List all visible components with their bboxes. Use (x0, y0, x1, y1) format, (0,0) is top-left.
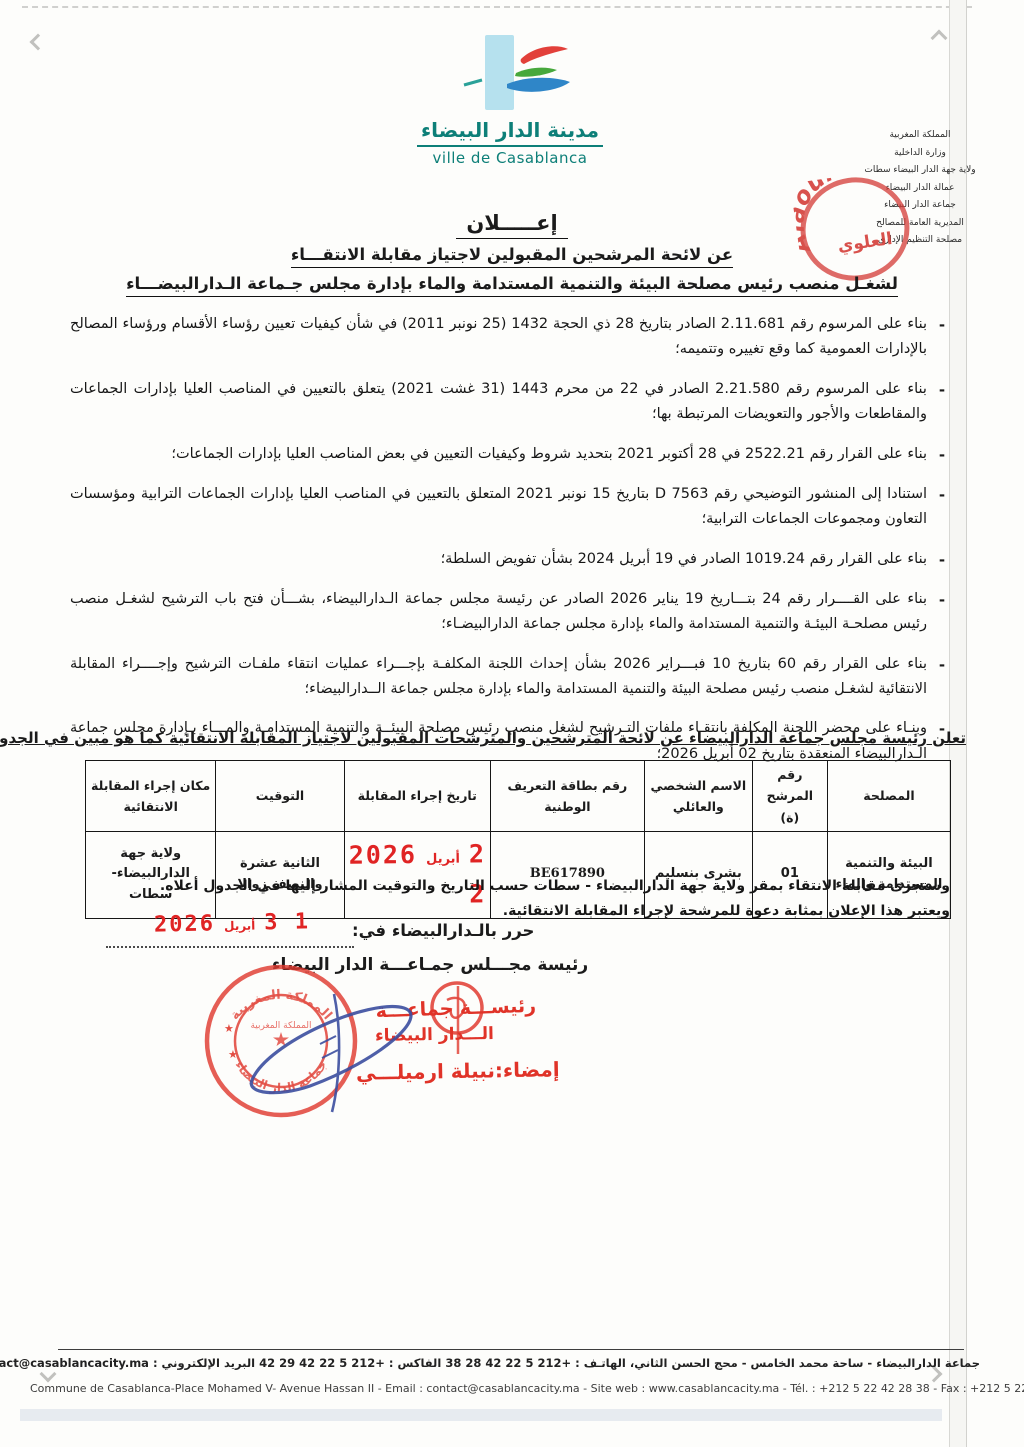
stamp-year: 2026 (154, 911, 215, 937)
col-header-service: المصلحة (827, 761, 950, 832)
list-item: -بناء على المرسوم رقم 2.21.580 الصادر في… (70, 377, 948, 428)
footer-french: Commune de Casablanca-Place Mohamed V- A… (30, 1382, 980, 1395)
scan-top-edge (22, 6, 972, 8)
title-block: إعـــــلان عن لائحة المرشحين المقبولين ل… (0, 211, 1024, 297)
footer-rule (58, 1349, 964, 1350)
corner-mark-top-right (931, 30, 948, 47)
announcement-title: إعـــــلان (456, 211, 567, 239)
list-item: -استنادا إلى المنشور التوضيحي رقم D 7563… (70, 482, 948, 533)
stamp-day: 1 3 (264, 909, 310, 935)
stamp-month: أبريل (426, 849, 460, 870)
announcement-lead-line: تعلن رئيسة مجلس جماعة الدارالبيضاء عن لا… (58, 729, 966, 747)
bullet-text: بناء على القــــرار رقم 24 بتـــاريخ 19 … (70, 587, 927, 638)
col-header-candidate-number: رقم المرشح (ة) (752, 761, 827, 832)
issue-date-line (106, 946, 354, 948)
issue-date-stamp: 1 3 أبريل 2026 (112, 908, 352, 938)
letterhead-line: المملكة المغربية (838, 127, 1002, 145)
seal-side-stars: ★ (224, 1022, 234, 1035)
announcement-subtitle-1: عن لائحة المرشحين المقبولين لاجتياز مقاب… (291, 245, 733, 268)
bullet-text: بناء على المرسوم رقم 2.11.681 الصادر بتا… (70, 312, 927, 363)
bullet-text: استنادا إلى المنشور التوضيحي رقم D 7563 … (70, 482, 927, 533)
list-item: -بناء على المرسوم رقم 2.11.681 الصادر بت… (70, 312, 948, 363)
bullet-text: بناء على القرار رقم 60 بتاريخ 10 فبـــرا… (70, 652, 927, 703)
city-name-arabic: مدينة الدار البيضاء (417, 118, 603, 147)
seal-side-stars: ★ (228, 1048, 238, 1061)
bullet-dash: - (936, 652, 948, 703)
col-header-time: التوقيت (216, 761, 344, 832)
announcement-subtitle-2: لشغـل منصب رئيس مصلحة البيئة والتنمية ال… (126, 274, 898, 297)
bullet-dash: - (936, 312, 948, 363)
bullet-text: بناء على المرسوم رقم 2.21.580 الصادر في … (70, 377, 927, 428)
scanned-announcement-page: مدينة الدار البيضاء ville de Casablanca … (0, 0, 1024, 1447)
list-item: -بناء على القــــرار رقم 24 بتـــاريخ 19… (70, 587, 948, 638)
city-name-french: ville de Casablanca (380, 149, 640, 167)
list-item: -بناء على القرار رقم 60 بتاريخ 10 فبـــر… (70, 652, 948, 703)
stamp-year: 2026 (348, 835, 417, 876)
col-header-interview-date: تاريخ إجراء المقابلة (344, 761, 490, 832)
bullet-dash: - (936, 442, 948, 468)
legal-basis-list: -بناء على المرسوم رقم 2.11.681 الصادر بت… (70, 312, 948, 781)
bullet-dash: - (936, 587, 948, 638)
city-logo: مدينة الدار البيضاء ville de Casablanca (380, 32, 640, 167)
col-header-full-name: الاسم الشخصي والعائلي (644, 761, 752, 832)
issued-at-label: حرر بالـدارالبيضاء في: (352, 921, 534, 940)
bullet-dash: - (936, 377, 948, 428)
casablanca-logo-icon (435, 32, 585, 114)
handwritten-signature-icon (238, 984, 428, 1116)
corner-mark-top-left (30, 34, 47, 51)
list-item: -بناء على القرار رقم 2522.21 في 28 أكتوب… (70, 442, 948, 468)
presidency-stamp-emblem-icon (427, 980, 487, 1058)
col-header-interview-place: مكان إجراء المقابلة الانتقائية (86, 761, 216, 832)
col-header-national-id: رقم بطاقة التعريف الوطنية (490, 761, 644, 832)
letterhead-line: وزارة الداخلية (838, 145, 1002, 163)
note-line: وستجرى مقابلة الانتقاء بمقر ولاية جهة ال… (64, 875, 950, 898)
bullet-text: بناء على القرار رقم 2522.21 في 28 أكتوبر… (70, 442, 927, 468)
bullet-dash: - (936, 547, 948, 573)
stamp-month: أبريل (224, 919, 256, 934)
table-header-row: المصلحة رقم المرشح (ة) الاسم الشخصي والع… (86, 761, 951, 832)
list-item: -بناء على القرار رقم 1019.24 الصادر في 1… (70, 547, 948, 573)
bullet-text: بناء على القرار رقم 1019.24 الصادر في 19… (70, 547, 927, 573)
scan-bottom-band (20, 1409, 942, 1421)
footer-arabic: جماعة الدارالبيضاء - ساحة محمد الخامس - … (30, 1356, 980, 1370)
bullet-dash: - (936, 482, 948, 533)
